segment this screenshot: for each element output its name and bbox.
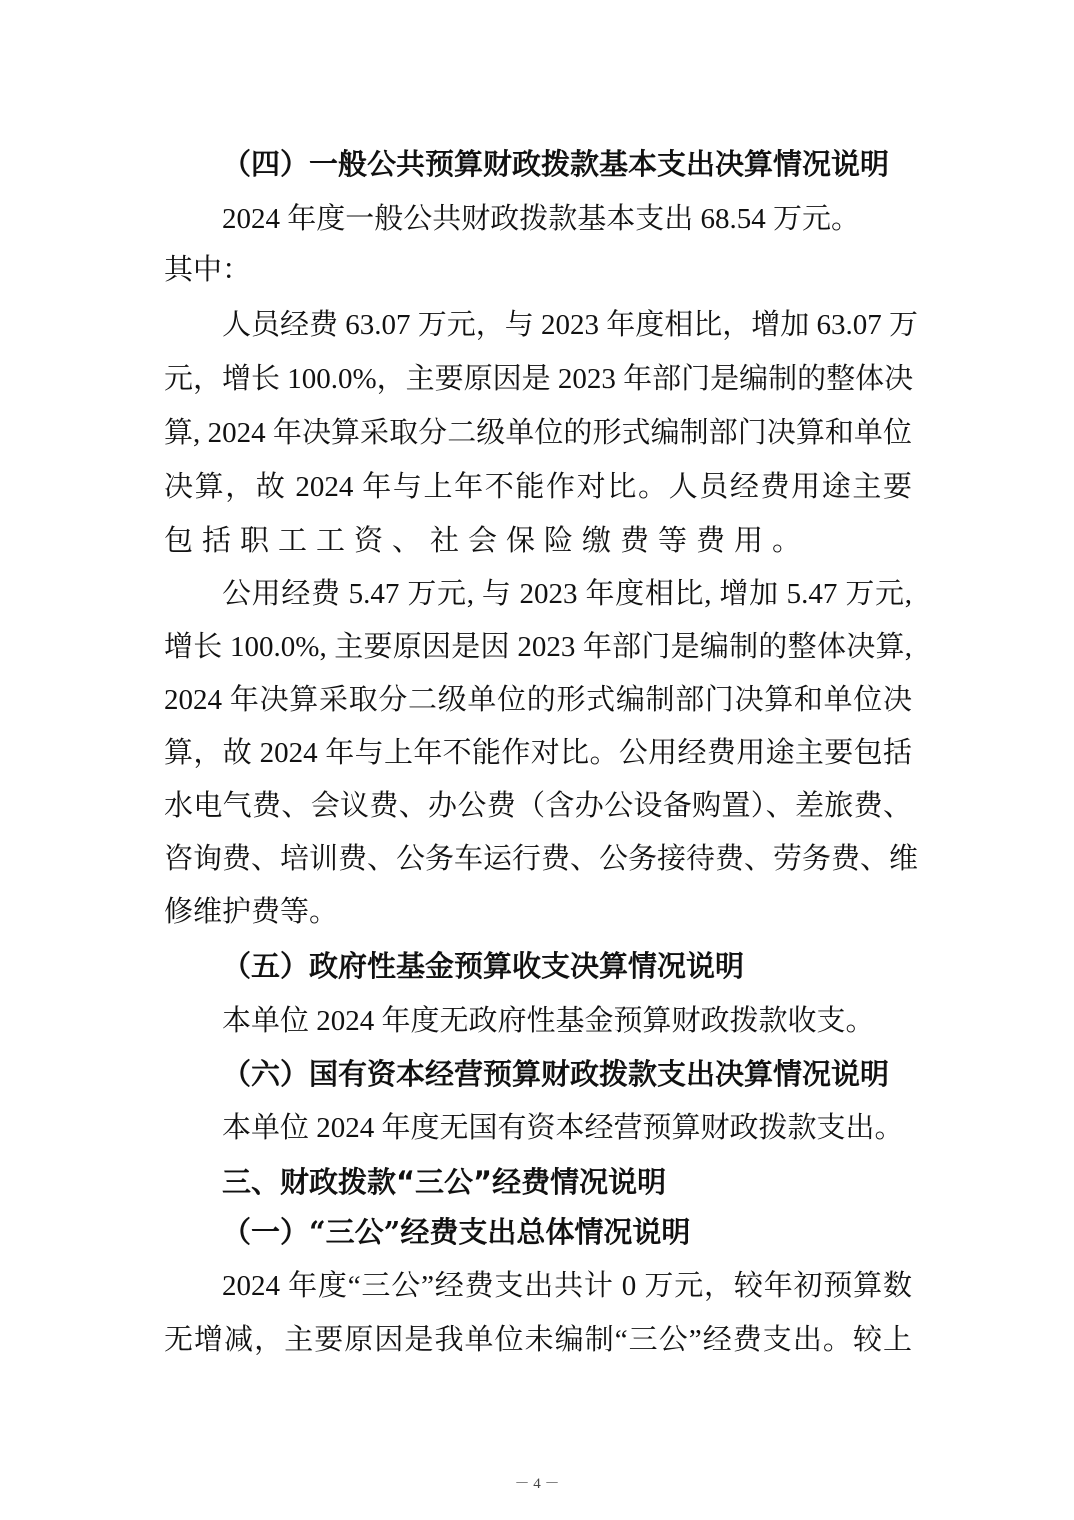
public-line-4: 算，故 2024 年与上年不能作对比。公用经费用途主要包括 bbox=[164, 735, 912, 771]
section-heading-4: （四）一般公共预算财政拨款基本支出决算情况说明 bbox=[164, 146, 970, 182]
three-public-line-1: 2024 年度“三公”经费支出共计 0 万元，较年初预算数 bbox=[164, 1268, 912, 1304]
state-capital-statement: 本单位 2024 年度无国有资本经营预算财政拨款支出。 bbox=[164, 1110, 970, 1146]
three-public-line-2: 无增减，主要原因是我单位未编制“三公”经费支出。较上 bbox=[164, 1322, 912, 1358]
public-line-7: 修维护费等。 bbox=[164, 894, 912, 930]
personnel-line-5: 包括职工工资、社会保险缴费等费用。 bbox=[164, 523, 912, 559]
public-line-2: 增长 100.0%, 主要原因是因 2023 年部门是编制的整体决算, bbox=[164, 629, 912, 665]
personnel-line-4: 决算，故 2024 年与上年不能作对比。人员经费用途主要 bbox=[164, 469, 912, 505]
section-heading-5: （五）政府性基金预算收支决算情况说明 bbox=[164, 948, 970, 984]
personnel-line-1: 人员经费 63.07 万元，与 2023 年度相比，增加 63.07 万 bbox=[164, 307, 912, 343]
personnel-line-2: 元，增长 100.0%，主要原因是 2023 年部门是编制的整体决 bbox=[164, 361, 912, 397]
section-heading-three-1: （一）“三公”经费支出总体情况说明 bbox=[164, 1214, 970, 1250]
personnel-line-3: 算, 2024 年决算采取分二级单位的形式编制部门决算和单位 bbox=[164, 415, 912, 451]
public-line-1: 公用经费 5.47 万元, 与 2023 年度相比, 增加 5.47 万元, bbox=[164, 576, 912, 612]
public-line-6: 咨询费、培训费、公务车运行费、公务接待费、劳务费、维 bbox=[164, 841, 912, 877]
public-line-5: 水电气费、会议费、办公费（含办公设备购置）、差旅费、 bbox=[164, 788, 912, 824]
public-line-3: 2024 年决算采取分二级单位的形式编制部门决算和单位决 bbox=[164, 682, 912, 718]
section-heading-6: （六）国有资本经营预算财政拨款支出决算情况说明 bbox=[164, 1056, 970, 1092]
among-them-label: 其中： bbox=[164, 252, 912, 288]
basic-expenditure-total: 2024 年度一般公共财政拨款基本支出 68.54 万元。 bbox=[164, 201, 970, 237]
section-heading-three: 三、财政拨款“三公”经费情况说明 bbox=[164, 1164, 970, 1200]
page-number: － 4 － bbox=[0, 1472, 1074, 1493]
government-fund-statement: 本单位 2024 年度无政府性基金预算财政拨款收支。 bbox=[164, 1003, 970, 1039]
